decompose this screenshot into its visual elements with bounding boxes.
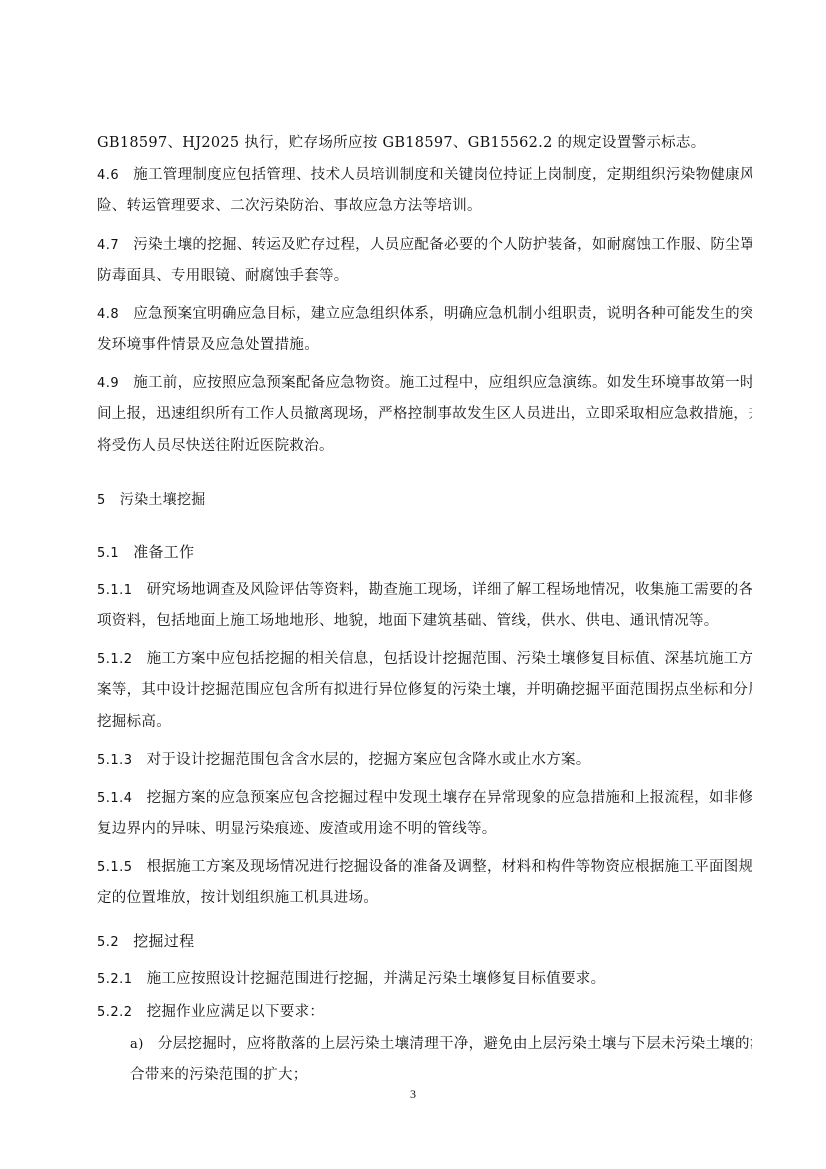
section-number: 5 xyxy=(97,493,106,508)
subsection-heading-5-2: 5.2挖掘过程 xyxy=(97,931,752,953)
clause-text: 污染土壤的挖掘、转运及贮存过程，人员应配备必要的个人防护装备，如耐腐蚀工作服、防… xyxy=(133,237,752,253)
clause-number: 5.1.5 xyxy=(97,860,133,875)
clause-5-1-2: 5.1.2施工方案中应包括挖掘的相关信息，包括设计挖掘范围、污染土壤修复目标值、… xyxy=(97,649,752,670)
clause-5-2-2: 5.2.2挖掘作业应满足以下要求： xyxy=(97,1002,752,1023)
clause-5-1-2-cont1: 案等，其中设计挖掘范围应包含所有拟进行异位修复的污染土壤，并明确挖掘平面范围拐点… xyxy=(97,680,752,700)
clause-text: 挖掘方案的应急预案应包含挖掘过程中发现土壤存在异常现象的应急措施和上报流程，如非… xyxy=(147,790,752,806)
clause-text: 根据施工方案及现场情况进行挖掘设备的准备及调整，材料和构件等物资应根据施工平面图… xyxy=(147,859,752,875)
section-number: 5.2 xyxy=(97,935,119,950)
section-title: 污染土壤挖掘 xyxy=(120,492,206,508)
clause-5-1-4: 5.1.4挖掘方案的应急预案应包含挖掘过程中发现土壤存在异常现象的应急措施和上报… xyxy=(97,788,752,809)
clause-text: 应急预案宜明确应急目标，建立应急组织体系，明确应急机制小组职责，说明各种可能发生… xyxy=(133,306,752,322)
section-title: 挖掘过程 xyxy=(133,932,194,950)
list-item-text: 分层挖掘时，应将散落的上层污染土壤清理干净，避免由上层污染土壤与下层未污染土壤的… xyxy=(158,1036,752,1052)
clause-number: 5.2.1 xyxy=(97,972,133,987)
clause-text: 施工应按照设计挖掘范围进行挖掘，并满足污染土壤修复目标值要求。 xyxy=(147,971,606,987)
clause-text: 施工方案中应包括挖掘的相关信息，包括设计挖掘范围、污染土壤修复目标值、深基坑施工… xyxy=(147,651,752,667)
clause-number: 5.1.2 xyxy=(97,652,133,667)
section-number: 5.1 xyxy=(97,546,119,561)
clause-number: 4.8 xyxy=(97,307,119,322)
clause-4-8-cont: 发环境事件情景及应急处置措施。 xyxy=(97,335,752,355)
clause-number: 5.1.1 xyxy=(97,583,133,598)
clause-text: 施工管理制度应包括管理、技术人员培训制度和关键岗位持证上岗制度，定期组织污染物健… xyxy=(133,167,752,183)
clause-5-1-3: 5.1.3对于设计挖掘范围包含含水层的，挖掘方案应包含降水或止水方案。 xyxy=(97,750,752,771)
section-heading-5: 5污染土壤挖掘 xyxy=(97,490,752,511)
clause-5-1-5-cont: 定的位置堆放，按计划组织施工机具进场。 xyxy=(97,888,752,908)
clause-text: 对于设计挖掘范围包含含水层的，挖掘方案应包含降水或止水方案。 xyxy=(147,752,591,768)
list-marker: a) xyxy=(130,1037,144,1052)
clause-text: 施工前，应按照应急预案配备应急物资。施工过程中，应组织应急演练。如发生环境事故第… xyxy=(133,375,752,391)
clause-text: 挖掘作业应满足以下要求： xyxy=(147,1004,325,1020)
clause-4-8: 4.8应急预案宜明确应急目标，建立应急组织体系，明确应急机制小组职责，说明各种可… xyxy=(97,304,752,325)
clause-4-9: 4.9施工前，应按照应急预案配备应急物资。施工过程中，应组织应急演练。如发生环境… xyxy=(97,373,752,394)
clause-5-1-1: 5.1.1研究场地调查及风险评估等资料，勘查施工现场，详细了解工程场地情况，收集… xyxy=(97,580,752,601)
clause-5-1-1-cont: 项资料，包括地面上施工场地地形、地貌，地面下建筑基础、管线，供水、供电、通讯情况… xyxy=(97,611,752,631)
clause-text: 研究场地调查及风险评估等资料，勘查施工现场，详细了解工程场地情况，收集施工需要的… xyxy=(147,582,752,598)
paragraph-continuation: GB18597、HJ2025 执行，贮存场所应按 GB18597、GB15562… xyxy=(97,133,752,153)
clause-4-7: 4.7污染土壤的挖掘、转运及贮存过程，人员应配备必要的个人防护装备，如耐腐蚀工作… xyxy=(97,235,752,256)
section-title: 准备工作 xyxy=(133,543,194,561)
list-item-a-cont: 合带来的污染范围的扩大； xyxy=(130,1065,752,1085)
clause-4-6-cont: 险、转运管理要求、二次污染防治、事故应急方法等培训。 xyxy=(97,196,752,216)
clause-5-1-5: 5.1.5根据施工方案及现场情况进行挖掘设备的准备及调整，材料和构件等物资应根据… xyxy=(97,857,752,878)
clause-number: 4.9 xyxy=(97,376,119,391)
list-item-a: a)分层挖掘时，应将散落的上层污染土壤清理干净，避免由上层污染土壤与下层未污染土… xyxy=(130,1034,752,1055)
clause-4-6: 4.6施工管理制度应包括管理、技术人员培训制度和关键岗位持证上岗制度，定期组织污… xyxy=(97,165,752,186)
clause-4-7-cont: 防毒面具、专用眼镜、耐腐蚀手套等。 xyxy=(97,266,752,286)
document-page: GB18597、HJ2025 执行，贮存场所应按 GB18597、GB15562… xyxy=(0,0,826,1169)
clause-number: 4.7 xyxy=(97,238,119,253)
subsection-heading-5-1: 5.1准备工作 xyxy=(97,542,752,564)
clause-number: 5.1.3 xyxy=(97,753,133,768)
clause-4-9-cont1: 间上报，迅速组织所有工作人员撤离现场，严格控制事故发生区人员进出，立即采取相应急… xyxy=(97,404,752,424)
clause-5-2-1: 5.2.1施工应按照设计挖掘范围进行挖掘，并满足污染土壤修复目标值要求。 xyxy=(97,969,752,990)
clause-number: 5.2.2 xyxy=(97,1005,133,1020)
clause-number: 4.6 xyxy=(97,168,119,183)
clause-number: 5.1.4 xyxy=(97,791,133,806)
page-number: 3 xyxy=(0,1087,826,1102)
clause-4-9-cont2: 将受伤人员尽快送往附近医院救治。 xyxy=(97,436,752,456)
clause-5-1-2-cont2: 挖掘标高。 xyxy=(97,712,752,732)
clause-5-1-4-cont: 复边界内的异味、明显污染痕迹、废渣或用途不明的管线等。 xyxy=(97,819,752,839)
